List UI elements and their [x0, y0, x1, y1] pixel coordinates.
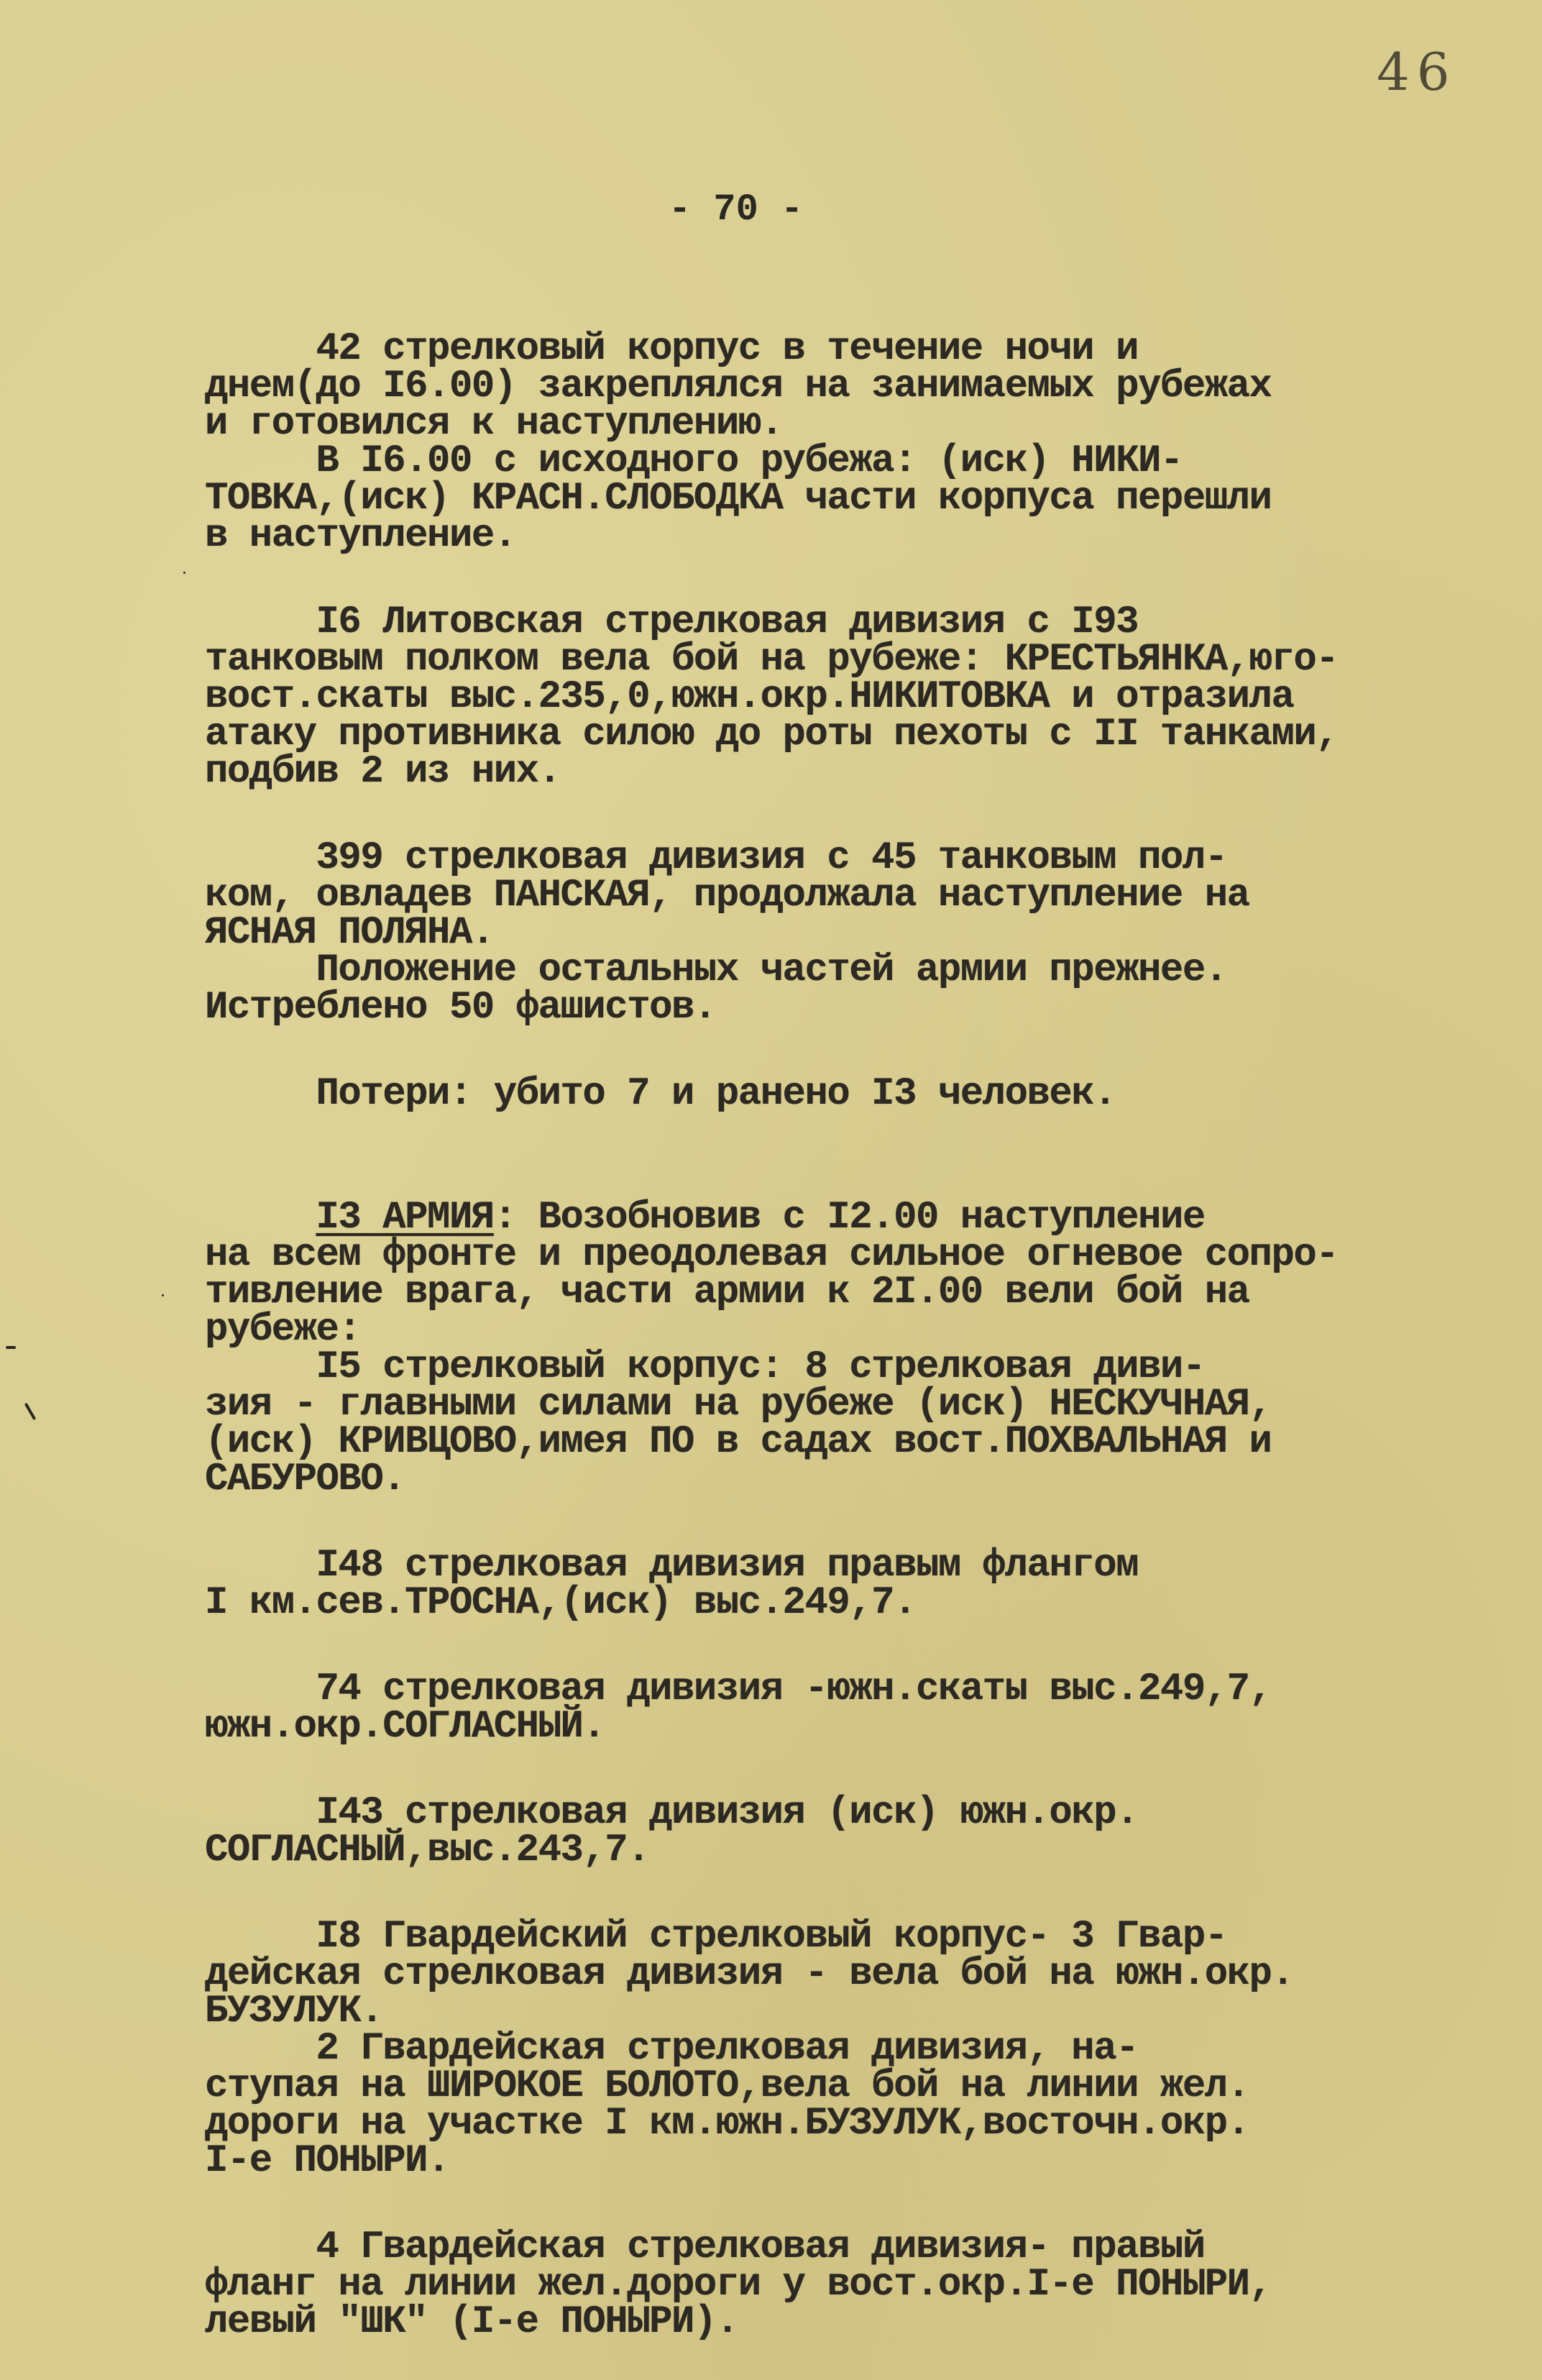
paragraph-143-rifle-division: I43 стрелковая дивизия (иск) южн.окр. СО… — [205, 1795, 1470, 1869]
paragraph-16-lithuanian-division: I6 Литовская стрелковая дивизия с I93 та… — [205, 604, 1470, 791]
text-line: I5 стрелковый корпус: 8 стрелковая диви- — [205, 1349, 1470, 1386]
text-line: танковым полком вела бой на рубеже: КРЕС… — [205, 641, 1470, 679]
text-line: фланг на линии жел.дороги у вост.окр.I-е… — [205, 2266, 1470, 2304]
text-line: Потери: убито 7 и ранено I3 человек. — [205, 1076, 1470, 1113]
text-line: 74 стрелковая дивизия -южн.скаты выс.249… — [205, 1671, 1470, 1708]
paragraph-4-guards-division: 4 Гвардейская стрелковая дивизия- правый… — [205, 2229, 1470, 2341]
text-line: левый "ШК" (I-е ПОНЫРИ). — [205, 2304, 1470, 2341]
paragraph-13-army: I3 АРМИЯ: Возобновив с I2.00 наступление… — [205, 1199, 1470, 1498]
text-line: I48 стрелковая дивизия правым флангом — [205, 1547, 1470, 1585]
text-line: зия - главными силами на рубеже (иск) НЕ… — [205, 1386, 1470, 1424]
text-line: атаку противника силою до роты пехоты с … — [205, 716, 1470, 754]
text-line: ком, овладев ПАНСКАЯ, продолжала наступл… — [205, 877, 1470, 915]
text-line: СОГЛАСНЫЙ,выс.243,7. — [205, 1832, 1470, 1869]
text-line: САБУРОВО. — [205, 1461, 1470, 1498]
text-line: ЯСНАЯ ПОЛЯНА. — [205, 915, 1470, 952]
text-line: I8 Гвардейский стрелковый корпус- 3 Гвар… — [205, 1918, 1470, 1956]
text-line: дороги на участке I км.южн.БУЗУЛУК,восто… — [205, 2105, 1470, 2143]
text-line: на всем фронте и преодолевая сильное огн… — [205, 1237, 1470, 1274]
paragraph-42-rifle-corps: 42 стрелковый корпус в течение ночи и дн… — [205, 331, 1470, 555]
paragraph-74-rifle-division: 74 стрелковая дивизия -южн.скаты выс.249… — [205, 1671, 1470, 1746]
paper-speck — [183, 572, 185, 574]
text-line: I-е ПОНЫРИ. — [205, 2143, 1470, 2180]
paper-speck — [24, 1403, 36, 1421]
text-line: вост.скаты выс.235,0,южн.окр.НИКИТОВКА и… — [205, 679, 1470, 716]
text-line: БУЗУЛУК. — [205, 1993, 1470, 2031]
text-line: и готовился к наступлению. — [205, 406, 1470, 443]
text-line: рубеже: — [205, 1312, 1470, 1349]
text-line: 399 стрелковая дивизия с 45 танковым пол… — [205, 840, 1470, 877]
typewritten-report: 42 стрелковый корпус в течение ночи и дн… — [205, 331, 1470, 2341]
text-line: I6 Литовская стрелковая дивизия с I93 — [205, 604, 1470, 641]
archive-sheet-number: 46 — [1377, 42, 1457, 102]
paragraph-losses: Потери: убито 7 и ранено I3 человек. — [205, 1076, 1470, 1113]
paper-speck — [162, 1294, 164, 1296]
text-line: Истреблено 50 фашистов. — [205, 989, 1470, 1027]
text-line: (иск) КРИВЦОВО,имея ПО в садах вост.ПОХВ… — [205, 1424, 1470, 1461]
text-line: Положение остальных частей армии прежнее… — [205, 952, 1470, 989]
text-line: I43 стрелковая дивизия (иск) южн.окр. — [205, 1795, 1470, 1832]
paragraph-399-rifle-division: 399 стрелковая дивизия с 45 танковым пол… — [205, 840, 1470, 1027]
text-line: днем(до I6.00) закреплялся на занимаемых… — [205, 368, 1470, 406]
text-line: в наступление. — [205, 518, 1470, 555]
text-line: ступая на ШИРОКОЕ БОЛОТО,вела бой на лин… — [205, 2068, 1470, 2105]
text-line: I км.сев.ТРОСНА,(иск) выс.249,7. — [205, 1585, 1470, 1622]
paragraph-18-guards-corps: I8 Гвардейский стрелковый корпус- 3 Гвар… — [205, 1918, 1470, 2180]
paragraph-148-rifle-division: I48 стрелковая дивизия правым флангом I … — [205, 1547, 1470, 1622]
text-line: 4 Гвардейская стрелковая дивизия- правый — [205, 2229, 1470, 2266]
text-line: В I6.00 с исходного рубежа: (иск) НИКИ- — [205, 443, 1470, 480]
text-line: тивление врага, части армии к 2I.00 вели… — [205, 1274, 1470, 1312]
text-line: южн.окр.СОГЛАСНЫЙ. — [205, 1708, 1470, 1746]
text-line: ТОВКА,(иск) КРАСН.СЛОБОДКА части корпуса… — [205, 480, 1470, 518]
text-line: 42 стрелковый корпус в течение ночи и — [205, 331, 1470, 368]
page-number: - 70 - — [669, 188, 803, 231]
paper-speck — [6, 1346, 16, 1349]
text-line: дейская стрелковая дивизия - вела бой на… — [205, 1956, 1470, 1993]
text-line: подбив 2 из них. — [205, 754, 1470, 791]
text-line: I3 АРМИЯ: Возобновив с I2.00 наступление — [205, 1199, 1470, 1237]
text-line: 2 Гвардейская стрелковая дивизия, на- — [205, 2031, 1470, 2068]
